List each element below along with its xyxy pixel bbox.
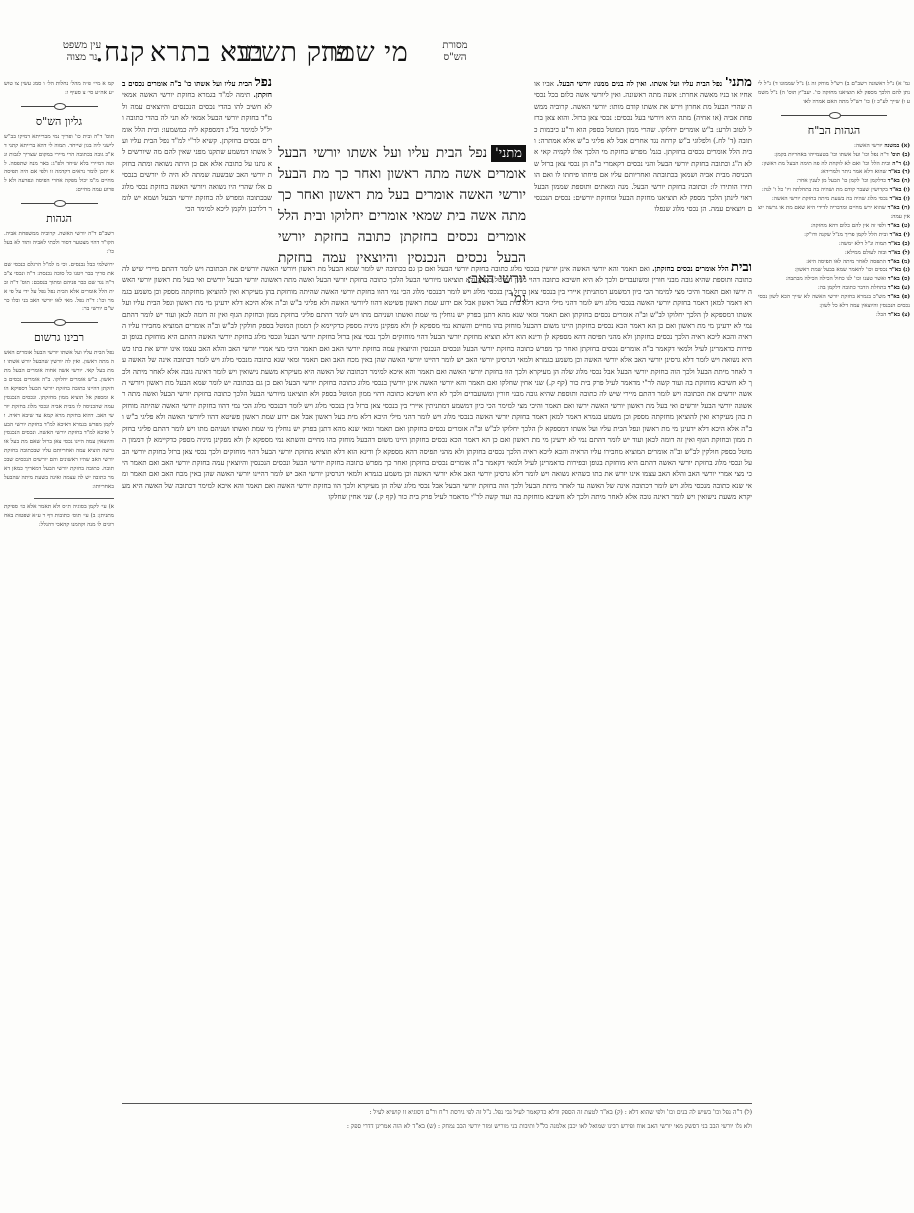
bach-item: (ס) בא"ד ואשר טענו וכו' לנו כחול הכילה ה… xyxy=(758,275,910,284)
ornament-divider xyxy=(21,198,98,208)
tosafot-lead-word: נפל xyxy=(255,77,272,90)
bach-item: (י) בא"ד ובית הלל לקמן פריך מנ"ל שקנה וד… xyxy=(758,231,910,240)
bach-item: (ג) ד"ה ובית הלל וכו' ואם לא לוקחת לה פה… xyxy=(758,160,910,169)
gilyon-hashas-text: תוס' ד"ה ובית כו' ופריך נמי מברייתא דמיק… xyxy=(4,133,114,195)
bach-item: (ה) בא"ד כדלקמן וכו' לקמן כו' הבעל מן לע… xyxy=(758,177,910,186)
rashbam-text: אביו או אחיו או בניו מאשה אחרת: אשה מתה … xyxy=(534,79,752,213)
hagahot-habach-title: הגהות הב"ח xyxy=(758,123,910,139)
bach-item: (ע) בא"ד בתחלת הדבר כתובה דלקמן בה: xyxy=(758,284,910,293)
mishnah-label: מתני' xyxy=(491,145,526,162)
right-margin-column: גמ' א) נ"ל ראשונה רשב"ם ב) רש"ל מוחק זה … xyxy=(758,80,910,1140)
bach-item: (ט) בא"ד ולפי זה אין להם כלום דהא מחזקה: xyxy=(758,222,910,231)
bottom-notes-rule xyxy=(122,1103,752,1104)
bach-item: (כ) בא"ד תמוה ונ"ל דלא ימשה: xyxy=(758,240,910,249)
masoret-hashas-notes: גמ' א) נ"ל ראשונה רשב"ם ב) רש"ל מוחק זה … xyxy=(758,80,910,107)
rabenu-gershom-text: נפל הבית עליו ועל אשתו יורשי הבעל אומרים… xyxy=(4,349,114,492)
tosafot-column: נפל הבית עליו ועל אשתו כו' ב"ה אומרים נכ… xyxy=(122,77,272,257)
main-commentary-text-repeat: ואם תאמר והא יורשי האשה אינן יורשין בנכס… xyxy=(122,378,752,501)
rashbam-lead-word: מתני' xyxy=(725,77,752,90)
bach-item: (ו) בא"ד בקדושין שעבר קודם מת ושהיה בה ב… xyxy=(758,186,910,195)
rabenu-gershom-title: רבינו גרשום xyxy=(4,330,114,346)
bach-item: (פ) בא"ד מש"כ בגמרא בחזקת יורשי האשה לא … xyxy=(758,293,910,311)
bach-item: (ח) בא"ד שהוא ירש מחיים ומדבריה לדידי הי… xyxy=(758,204,910,222)
ornament-divider xyxy=(21,101,98,111)
bottom-note-line-1: (ל) ד"ה נפל וכו' בשיש לה בנים וכו' ולפי … xyxy=(122,1106,752,1119)
hebrew-page-number: קנח. xyxy=(95,38,145,72)
left-margin-column: קמ א מיי׳ פ״ה מהל׳ נחלות הל׳ ו סמג עשין … xyxy=(4,80,114,1140)
hagahot-more-text: ירושלמי כבל נכנסים. וכי מ למ"ל הרגלם כנכ… xyxy=(4,261,114,314)
bottom-note-line-2: ולא גלו יורשי הבב בני דסשק מאי יורשי האב… xyxy=(122,1120,752,1133)
chapter-name: מי שמת xyxy=(322,38,408,72)
masoret-line2: הש"ס xyxy=(430,52,480,64)
hagahot-text: רשב"ם ד"ה יורשי האשה. קרוביה ממשפחת אביה… xyxy=(4,230,114,257)
main-commentary-lead-word: ובית xyxy=(731,262,752,275)
main-commentary-text: ואם תאמר והא יורשי האשה אינן יורשין בנכס… xyxy=(122,264,752,387)
main-commentary-block: ובית הלל אומרים נכסים בחזקתן. ואם תאמר ו… xyxy=(122,262,752,1102)
bach-item: (נ) בא"ד נכסים וכו' להאמר שמא בבעל שמת ר… xyxy=(758,266,910,275)
bach-item: (ד) בא"ד שהוא דלא אמר ניתר ולמרידא: xyxy=(758,168,910,177)
footnote-rule xyxy=(34,498,114,499)
main-commentary-dibur-hamatchil: הלל אומרים נכסים בחזקתן. xyxy=(652,264,729,273)
bach-item: (ז) בא"ד נכסי מלוג שהיה בה בשעת מיתה בחז… xyxy=(758,195,910,204)
bach-item: (צ) בא"ד הכל: xyxy=(758,311,910,320)
gilyon-hashas-title: גליון הש"ס xyxy=(4,114,114,130)
bach-item: (ל) בא"ד ובזה לעולם ממילא: xyxy=(758,249,910,258)
masoret-hashas-header: מסורת הש"ס xyxy=(430,40,480,64)
ornament-divider xyxy=(21,317,98,327)
ein-mishpat-text: קמ א מיי׳ פ״ה מהל׳ נחלות הל׳ ו סמג עשין … xyxy=(4,80,114,98)
bach-item: (א) במשנה יורשי האשה: xyxy=(758,142,910,151)
ornament-divider xyxy=(781,110,887,120)
bach-item: (ב) תוס' ד"ה נפל וכו' ועל אשתו וכו' בטעמ… xyxy=(758,151,910,160)
bach-item: (מ) בא"ד התפסה לאחר מיתה לאו תפיסה היא: xyxy=(758,258,910,267)
rashbam-dibur-hamatchil: נפל הבית עליו ועל אשתו. ואין לה בנים ממנ… xyxy=(557,79,723,88)
tosafot-text: תימה למ"ד בגמרא בחזקת יורשי האשה אמאי לא… xyxy=(122,90,272,213)
left-footnotes: א) עי׳ לקמן בסוגיה ת״ס ולא תאמר אלא כו׳ … xyxy=(4,503,114,530)
rashbam-column: מתני' נפל הבית עליו ועל אשתו. ואין לה בנ… xyxy=(534,77,752,287)
masoret-line1: מסורת xyxy=(430,40,480,52)
hagahot-title: הגהות xyxy=(4,211,114,227)
